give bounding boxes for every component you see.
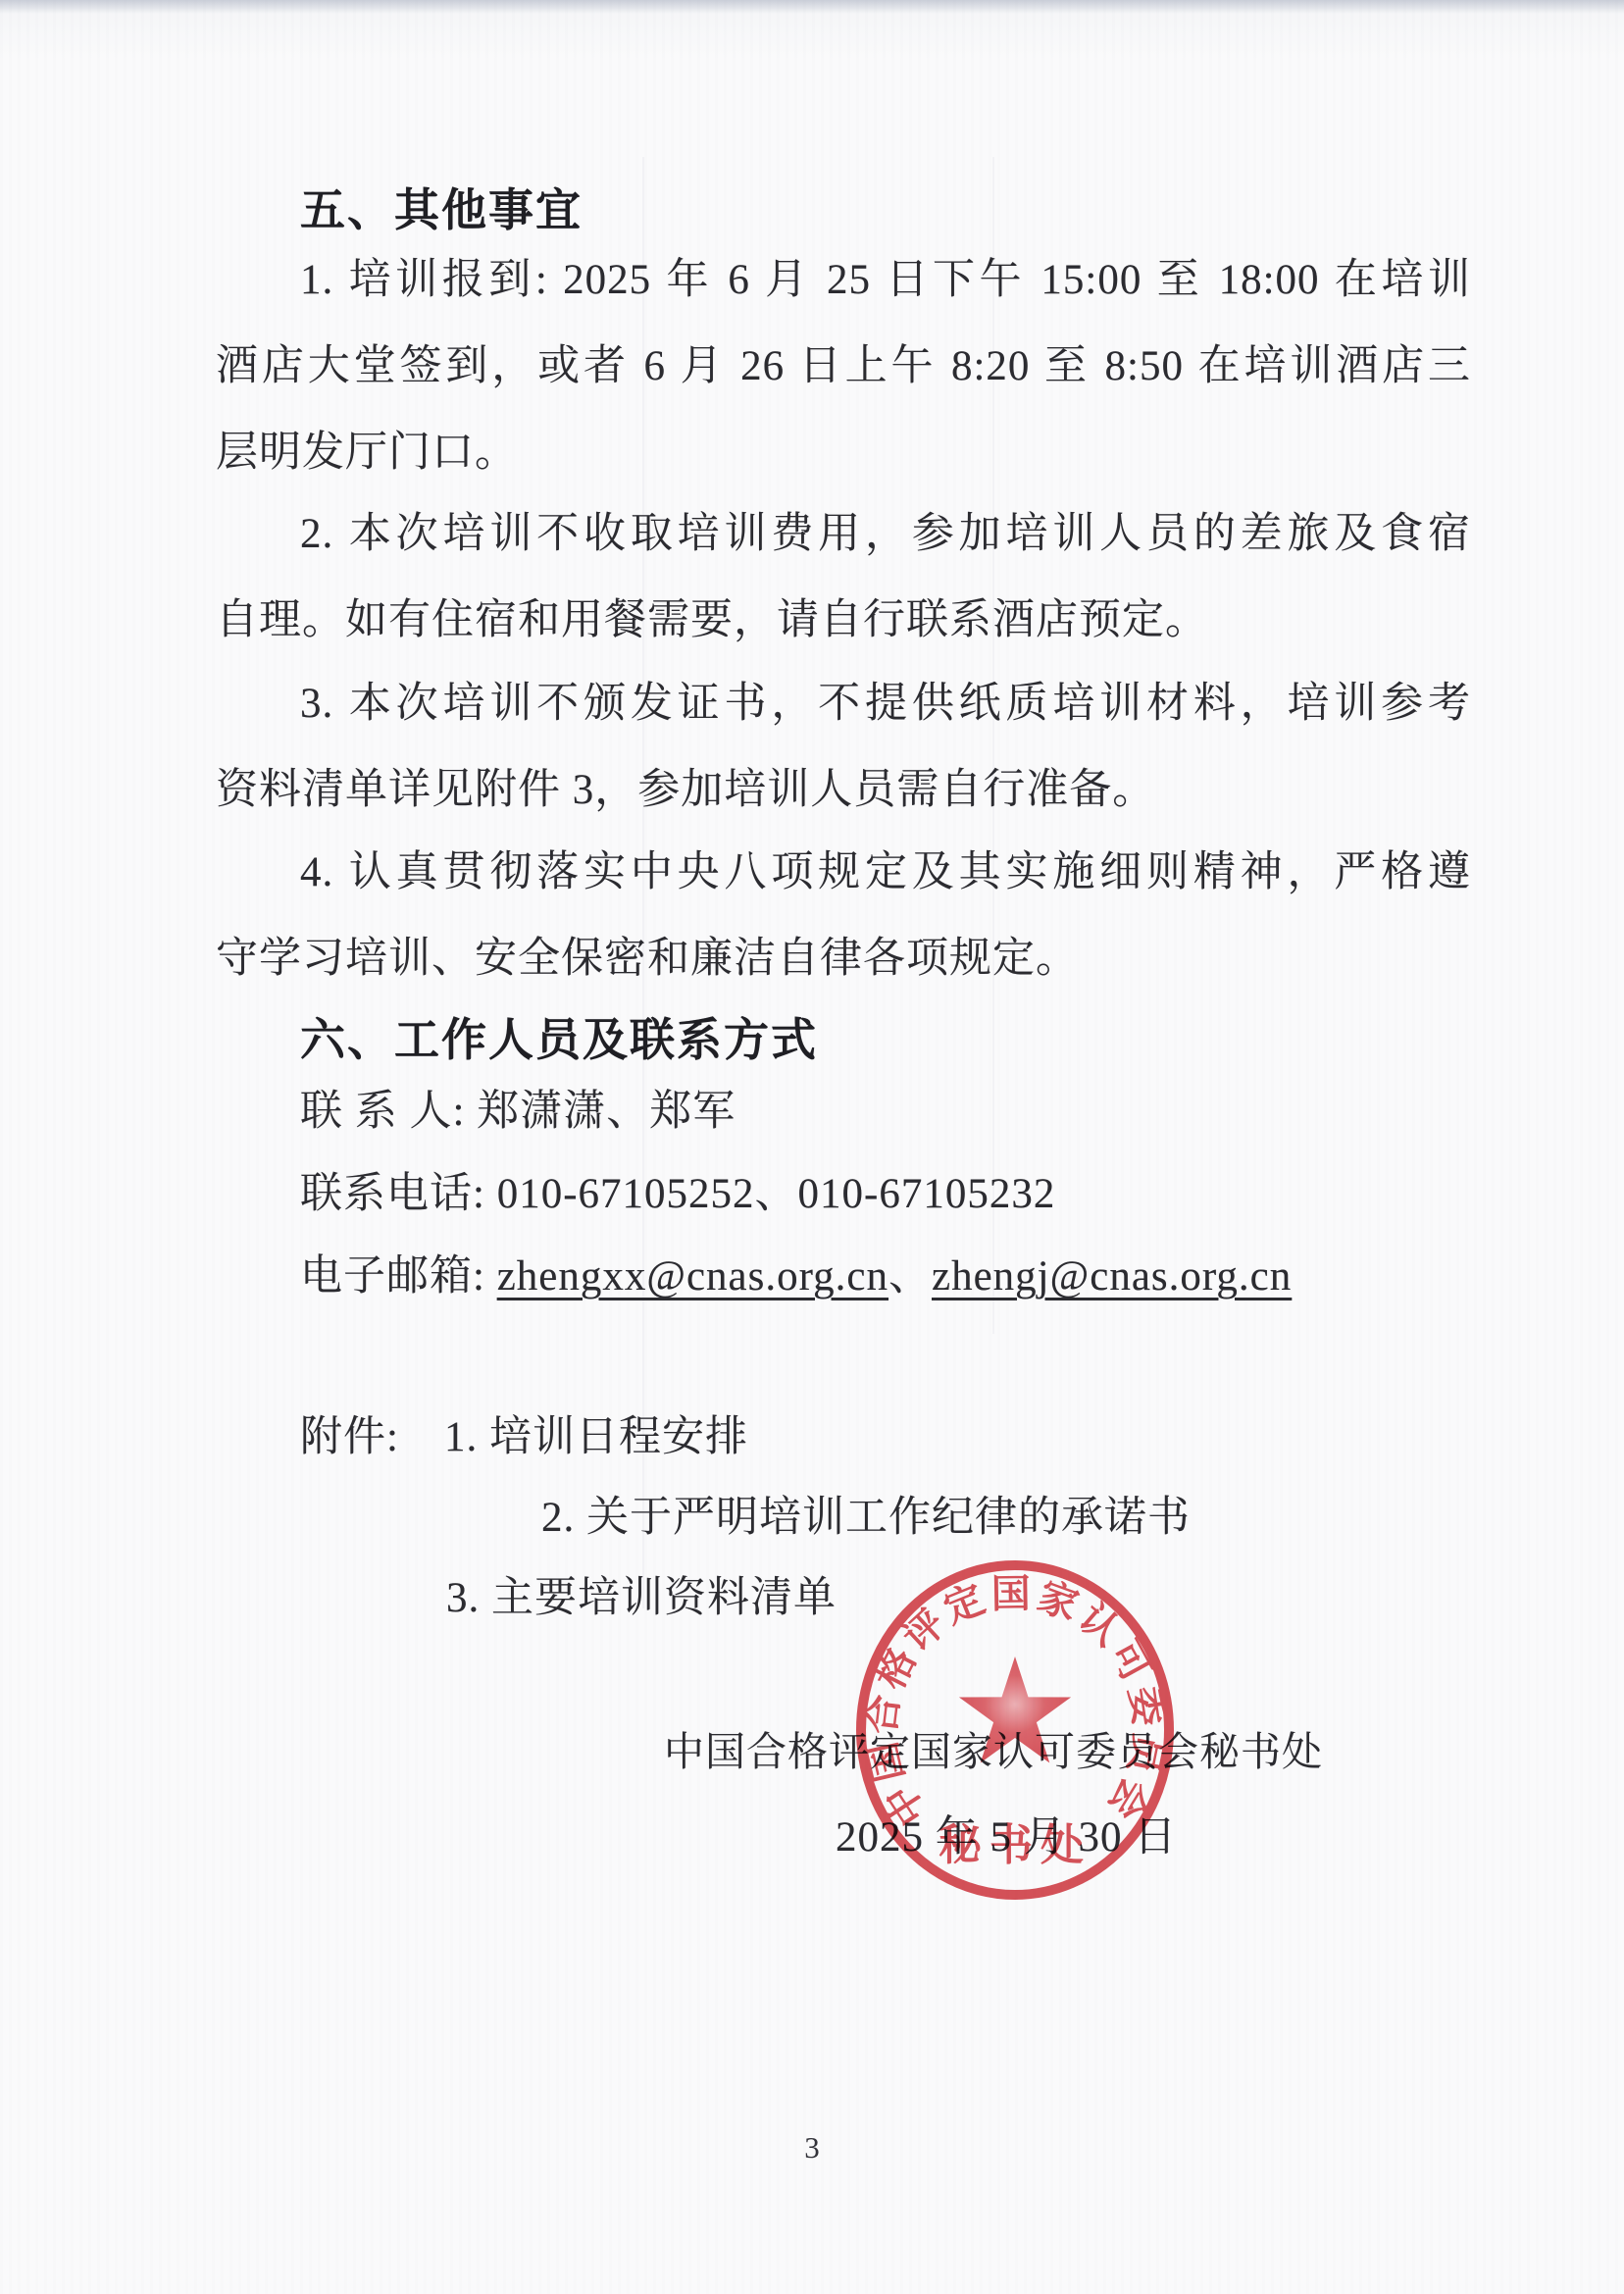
- attachment-item-2: 2. 关于严明培训工作纪律的承诺书: [541, 1491, 1191, 1546]
- attachment-item-3: 3. 主要培训资料清单: [446, 1571, 837, 1626]
- section-6-heading: 六、工作人员及联系方式: [300, 1004, 818, 1069]
- seal-center-text: 秘书处: [939, 1821, 1091, 1869]
- email-link-1[interactable]: zhengxx@cnas.org.cn: [497, 1253, 888, 1300]
- para4-line2: 守学习培训、安全保密和廉洁自律各项规定。: [216, 932, 1471, 987]
- page-number: 3: [0, 2130, 1624, 2166]
- para1-line3: 层明发厅门口。: [216, 426, 1471, 481]
- contact-person-line: 联 系 人: 郑潇潇、郑军: [300, 1085, 1471, 1140]
- section-5-heading: 五、其他事宜: [300, 175, 583, 239]
- scanned-document-page: 五、其他事宜 1. 培训报到: 2025 年 6 月 25 日下午 15:00 …: [0, 0, 1624, 2294]
- attachments-label: 附件:: [300, 1410, 399, 1465]
- email-link-2[interactable]: zhengj@cnas.org.cn: [932, 1253, 1292, 1300]
- contact-email-line: 电子邮箱: zhengxx@cnas.org.cn、zhengj@cnas.or…: [300, 1249, 1575, 1304]
- contact-phone-line: 联系电话: 010-67105252、010-67105232: [300, 1167, 1471, 1222]
- para2-line2: 自理。如有住宿和用餐需要，请自行联系酒店预定。: [216, 593, 1471, 648]
- attachment-item-1: 1. 培训日程安排: [444, 1410, 748, 1465]
- seal-star: [959, 1657, 1071, 1763]
- scan-edge-artifact: [0, 0, 1624, 14]
- email-label: 电子邮箱:: [300, 1253, 497, 1300]
- email-separator: 、: [888, 1253, 932, 1300]
- official-seal: 中国合格评定国家认可委员会 秘书处: [851, 1555, 1179, 1905]
- para3-line2: 资料清单详见附件 3，参加培训人员需自行准备。: [216, 763, 1471, 818]
